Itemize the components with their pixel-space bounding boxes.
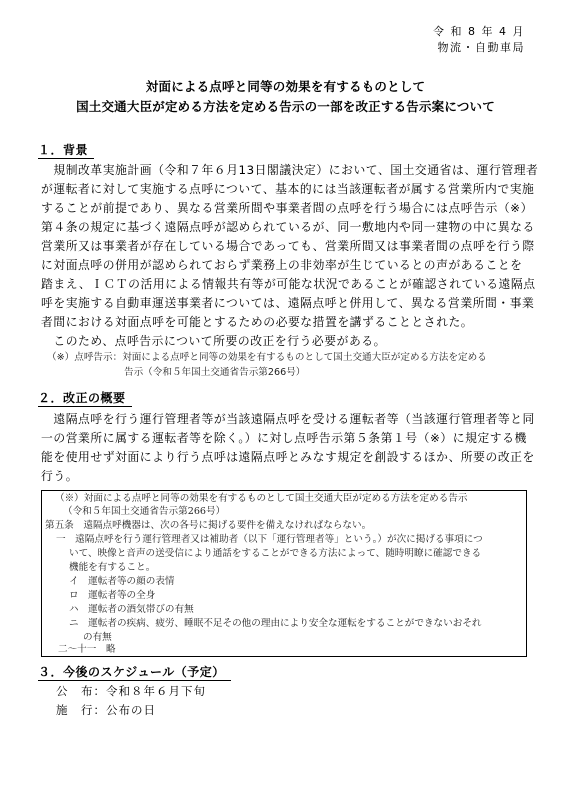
excerpt-line: （※）対面による点呼と同等の効果を有するものとして国土交通大臣が定める方法を定め… [55, 492, 468, 506]
document-title-line-2: 国土交通大臣が定める方法を定める告示の一部を改正する告示案について [0, 97, 571, 117]
schedule-value: ：公布の日 [94, 703, 157, 717]
footnote-line-2: 告示（令和５年国土交通省告示第266号） [124, 366, 305, 380]
section-heading-schedule: ３．今後のスケジュール（予定） [38, 664, 231, 681]
excerpt-line: イ 運転者等の顔の表情 [69, 575, 175, 589]
body-line: 能を使用せず対面により行う点呼は遠隔点呼とみなす規定を創設するほか、所要の改正を [41, 448, 535, 467]
excerpt-line: 機能を有すること。 [69, 561, 155, 575]
excerpt-line: ニ 運転者の疾病、疲労、睡眠不足その他の理由により安全な運転をすることができない… [69, 617, 482, 631]
document-title-line-1: 対面による点呼と同等の効果を有するものとして [0, 77, 571, 97]
schedule-item-enforcement: 施 行：公布の日 [56, 701, 156, 720]
excerpt-line: ハ 運転者の酒気帯びの有無 [69, 603, 194, 617]
body-line: 第４条の規定に基づく遠隔点呼が認められているが、同一敷地内や同一建物の中に異なる [41, 218, 535, 237]
excerpt-line: ロ 運転者等の全身 [69, 589, 155, 603]
body-line: 営業所又は事業者が存在している場合であっても、営業所間又は事業者間の点呼を行う際 [41, 237, 535, 256]
excerpt-line: 二～十一 略 [58, 643, 116, 657]
body-line: 踏まえ、ＩＣＴの活用による情報共有等が可能な状況であることが確認されている遠隔点 [41, 275, 536, 294]
schedule-label: 公 布 [56, 684, 94, 698]
body-line: 呼を実施する自動車運送事業者については、遠隔点呼と併用して、異なる営業所間・事業 [41, 294, 534, 313]
body-line: このため、点呼告示について所要の改正を行う必要がある。 [41, 332, 386, 351]
body-line: 一の営業所に属する運転者等を除く。）に対し点呼告示第５条第１号（※）に規定する機 [41, 429, 527, 448]
excerpt-line: 第五条 遠隔点呼機器は、次の各号に掲げる要件を備えなければならない。 [45, 519, 371, 533]
schedule-value: ：令和８年６月下旬 [94, 684, 207, 698]
excerpt-line: （令和５年国土交通省告示第266号） [63, 505, 225, 519]
body-line: に対面点呼の併用が認められておらず業務上の非効率が生じているとの声があることを [41, 256, 523, 275]
footnote-line-1: （※）点呼告示：対面による点呼と同等の効果を有するものとして国土交通大臣が定める… [47, 351, 487, 365]
issuing-department: 物流・自動車局 [438, 40, 526, 56]
body-line: 行う。 [41, 467, 78, 486]
section-heading-amendment-overview: ２．改正の概要 [38, 390, 132, 407]
schedule-label: 施 行 [56, 703, 94, 717]
body-line: 者間における対面点呼を可能とするための必要な措置を講ずることとされた。 [41, 313, 473, 332]
schedule-item-promulgation: 公 布：令和８年６月下旬 [56, 682, 206, 701]
regulation-excerpt-box: （※）対面による点呼と同等の効果を有するものとして国土交通大臣が定める方法を定め… [41, 490, 527, 657]
body-line: 規制改革実施計画（令和７年６月13日閣議決定）において、国土交通省は、運行管理者 [41, 161, 538, 180]
excerpt-line: いて、映像と音声の送受信により通話をすることができる方法によって、随時明瞭に確認… [69, 547, 481, 561]
excerpt-line: 一 遠隔点呼を行う運行管理者又は補助者（以下「運行管理者等」という。）が次に掲げ… [56, 533, 483, 547]
document-date: 令 和 8 年 4 月 [433, 24, 525, 40]
body-line: することが前提であり、異なる営業所間や事業者間の点呼を行う場合には点呼告示（※） [41, 199, 533, 218]
body-line: が運転者に対して実施する点呼について、基本的には当該運転者が属する営業所内で実施 [41, 180, 534, 199]
body-line: 遠隔点呼を行う運行管理者等が当該遠隔点呼を受ける運転者等（当該運行管理者等と同 [41, 410, 535, 429]
section-heading-background: １．背景 [38, 142, 94, 159]
